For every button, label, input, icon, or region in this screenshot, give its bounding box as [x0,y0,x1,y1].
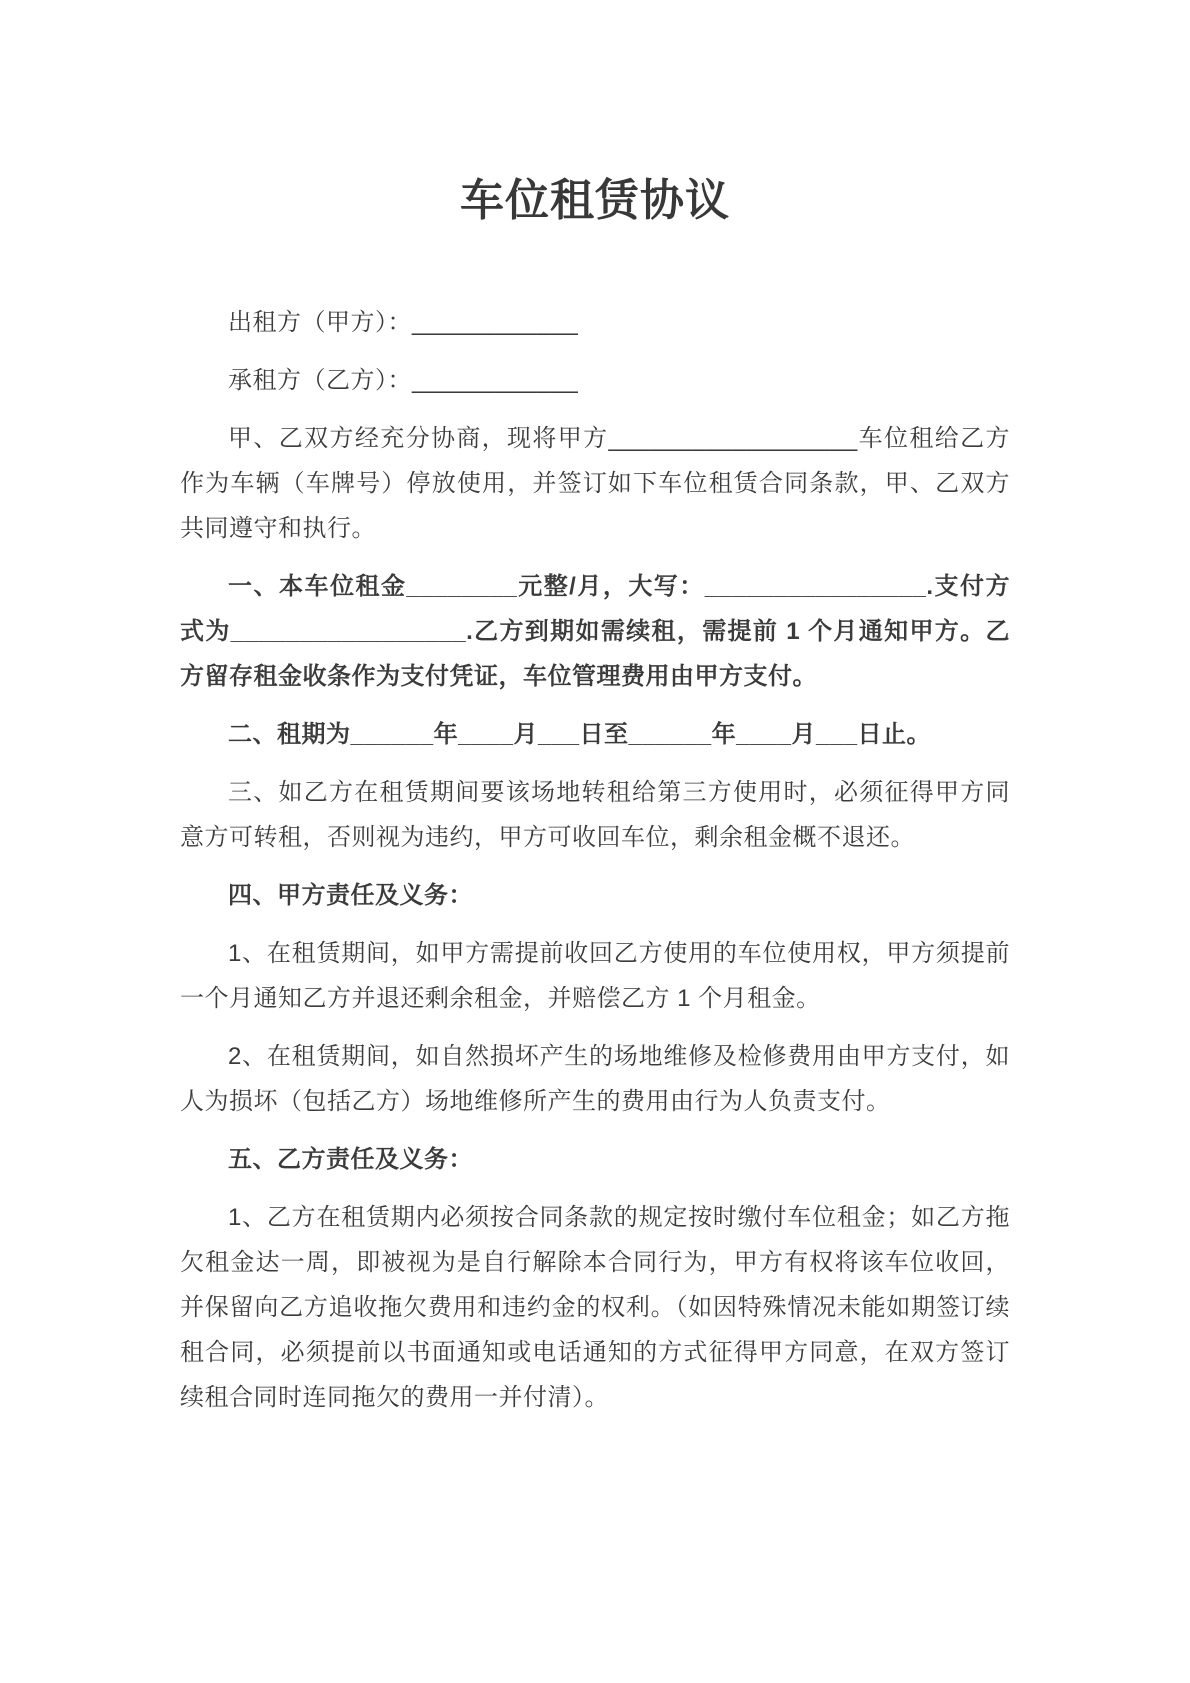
document-body: 出租方（甲方）：____________承租方（乙方）：____________… [180,300,1010,1420]
intro-paragraph: 甲、乙双方经充分协商，现将甲方__________________车位租给乙方作… [180,416,1010,551]
clause-2-term: 二、租期为______年____月___日至______年____月___日止。 [180,712,1010,757]
clause-1-rent: 一、本车位租金________元整/月，大写：________________.… [180,564,1010,699]
party-b-line: 承租方（乙方）：____________ [180,358,1010,403]
clause-4-item-2: 2、在租赁期间，如自然损坏产生的场地维修及检修费用由甲方支付，如人为损坏（包括乙… [180,1034,1010,1124]
clause-5-heading: 五、乙方责任及义务： [180,1137,1010,1182]
clause-5-item-1: 1、乙方在租赁期内必须按合同条款的规定按时缴付车位租金；如乙方拖欠租金达一周，即… [180,1195,1010,1420]
clause-3-sublease: 三、如乙方在租赁期间要该场地转租给第三方使用时，必须征得甲方同意方可转租，否则视… [180,770,1010,860]
clause-4-item-1: 1、在租赁期间，如甲方需提前收回乙方使用的车位使用权，甲方须提前一个月通知乙方并… [180,931,1010,1021]
page: 车位租赁协议 出租方（甲方）：____________承租方（乙方）：_____… [0,0,1190,1683]
clause-4-heading: 四、甲方责任及义务： [180,873,1010,918]
party-a-line: 出租方（甲方）：____________ [180,300,1010,345]
document-title: 车位租赁协议 [180,175,1010,227]
